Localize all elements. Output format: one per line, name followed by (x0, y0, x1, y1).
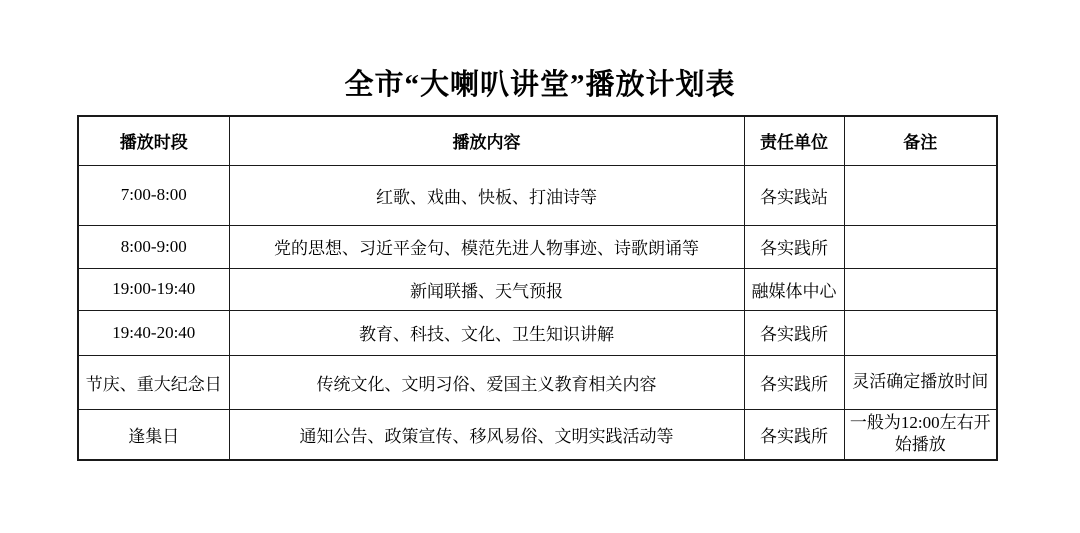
cell-content: 传统文化、文明习俗、爱国主义教育相关内容 (229, 355, 744, 409)
cell-responsible-unit: 各实践站 (744, 165, 844, 225)
cell-remarks (844, 268, 997, 310)
broadcast-schedule-table: 播放时段 播放内容 责任单位 备注 7:00-8:00 红歌、戏曲、快板、打油诗… (77, 115, 998, 461)
cell-content: 新闻联播、天气预报 (229, 268, 744, 310)
cell-remarks (844, 225, 997, 268)
cell-remarks (844, 165, 997, 225)
table-row: 19:40-20:40 教育、科技、文化、卫生知识讲解 各实践所 (78, 310, 997, 355)
table-row: 8:00-9:00 党的思想、习近平金句、模范先进人物事迹、诗歌朗诵等 各实践所 (78, 225, 997, 268)
cell-responsible-unit: 融媒体中心 (744, 268, 844, 310)
cell-responsible-unit: 各实践所 (744, 310, 844, 355)
cell-time-slot: 节庆、重大纪念日 (78, 355, 229, 409)
cell-content: 通知公告、政策宣传、移风易俗、文明实践活动等 (229, 409, 744, 460)
cell-responsible-unit: 各实践所 (744, 225, 844, 268)
page-title: 全市“大喇叭讲堂”播放计划表 (0, 62, 1080, 103)
table-row: 19:00-19:40 新闻联播、天气预报 融媒体中心 (78, 268, 997, 310)
cell-content: 教育、科技、文化、卫生知识讲解 (229, 310, 744, 355)
table-row: 节庆、重大纪念日 传统文化、文明习俗、爱国主义教育相关内容 各实践所 灵活确定播… (78, 355, 997, 409)
cell-content: 红歌、戏曲、快板、打油诗等 (229, 165, 744, 225)
table-row: 逢集日 通知公告、政策宣传、移风易俗、文明实践活动等 各实践所 一般为12:00… (78, 409, 997, 460)
header-content: 播放内容 (229, 116, 744, 165)
table-header-row: 播放时段 播放内容 责任单位 备注 (78, 116, 997, 165)
cell-time-slot: 19:00-19:40 (78, 268, 229, 310)
header-time-slot: 播放时段 (78, 116, 229, 165)
cell-responsible-unit: 各实践所 (744, 355, 844, 409)
cell-content: 党的思想、习近平金句、模范先进人物事迹、诗歌朗诵等 (229, 225, 744, 268)
cell-time-slot: 19:40-20:40 (78, 310, 229, 355)
table-row: 7:00-8:00 红歌、戏曲、快板、打油诗等 各实践站 (78, 165, 997, 225)
cell-time-slot: 逢集日 (78, 409, 229, 460)
cell-time-slot: 7:00-8:00 (78, 165, 229, 225)
cell-remarks: 一般为12:00左右开始播放 (844, 409, 997, 460)
cell-remarks (844, 310, 997, 355)
cell-responsible-unit: 各实践所 (744, 409, 844, 460)
header-responsible-unit: 责任单位 (744, 116, 844, 165)
cell-remarks: 灵活确定播放时间 (844, 355, 997, 409)
header-remarks: 备注 (844, 116, 997, 165)
cell-time-slot: 8:00-9:00 (78, 225, 229, 268)
